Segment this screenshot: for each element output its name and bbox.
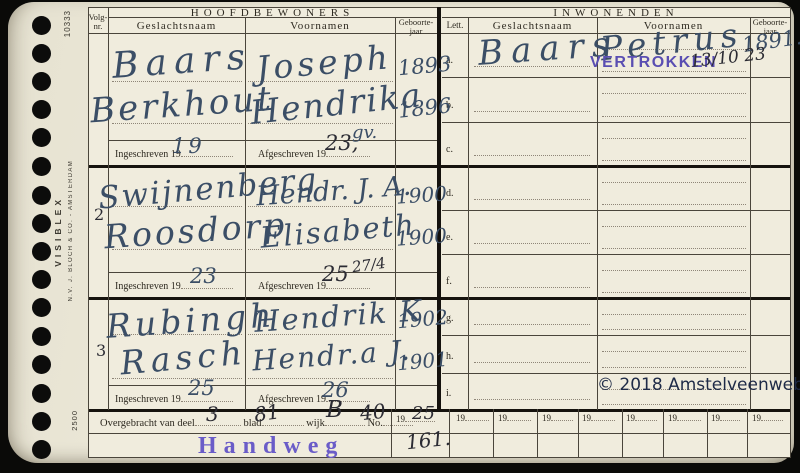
geboortejaar-line2: jaar	[410, 26, 423, 36]
row-baseline	[602, 159, 746, 161]
surname-entry: Baars	[111, 39, 253, 85]
birthyear-entry: 1900	[395, 183, 447, 207]
table-bottom-border	[88, 457, 790, 458]
afgeschreven-text: Afgeschreven 19	[258, 281, 326, 292]
binding-hole	[32, 440, 51, 459]
row-separator	[442, 122, 790, 123]
row-baseline	[602, 115, 746, 117]
binding-hole	[32, 100, 51, 119]
left-geboortejaar-header: Geboorte- jaar	[395, 18, 437, 37]
year-cell-label: 19	[456, 413, 465, 423]
row-baseline	[602, 366, 746, 368]
ingeschreven-year: 25	[188, 378, 215, 399]
row-letter-c: c.	[446, 144, 453, 155]
afgeschreven-year: 23,	[325, 133, 358, 154]
bottom-cell-line	[493, 409, 494, 457]
binding-hole	[32, 214, 51, 233]
hoofdbewoners-title: HOOFDBEWONERS	[108, 7, 437, 19]
brand-name: VISIBLEX	[53, 196, 63, 267]
dotted-tail	[551, 419, 573, 421]
dotted-tail	[677, 419, 701, 421]
year-cell: 19	[456, 414, 489, 424]
row-baseline	[602, 269, 746, 271]
dotted-tail	[326, 155, 370, 157]
row-separator	[442, 77, 790, 78]
row-baseline	[602, 328, 746, 330]
blad-value: 81	[253, 401, 281, 424]
right-name-column-line	[597, 17, 598, 410]
ingeschreven-year: 23	[190, 266, 217, 287]
right-year-column-line	[750, 17, 751, 410]
row-separator	[442, 254, 790, 255]
row-baseline	[474, 198, 590, 200]
row-baseline	[474, 286, 590, 288]
name-baseline	[248, 377, 393, 379]
volgnr-header-line2: nr.	[94, 21, 103, 31]
dotted-tail	[591, 419, 615, 421]
binding-hole	[32, 242, 51, 261]
overgebracht-label: Overgebracht van deel	[100, 418, 195, 429]
year-cell: 19	[498, 414, 531, 424]
binding-hole	[32, 16, 51, 35]
row-baseline	[602, 403, 746, 405]
year-cell-label: 19	[582, 413, 591, 423]
birthyear-entry: 1902	[396, 307, 448, 331]
row-baseline	[474, 361, 590, 363]
row-letter-i: i.	[446, 388, 451, 399]
bottom-cell-line	[663, 409, 664, 457]
binding-hole	[32, 355, 51, 374]
year-cell: 19	[668, 414, 701, 424]
plate-bottom-number: 2500	[70, 410, 79, 431]
lett-column-line	[468, 17, 469, 410]
row-baseline	[602, 225, 746, 227]
bottom-cell-line	[747, 409, 748, 457]
birthyear-entry: 1893	[397, 54, 452, 80]
binding-hole	[32, 157, 51, 176]
bottom-cell-line	[622, 409, 623, 457]
afgeschreven-year: 25	[322, 264, 349, 285]
binding-hole	[32, 327, 51, 346]
table-left-border	[88, 7, 89, 458]
row-baseline	[602, 313, 746, 315]
wijk-label: wijk	[306, 418, 325, 429]
birthyear-entry: 1900	[395, 225, 447, 249]
dotted-tail	[635, 419, 657, 421]
inschrijf-row-line-3	[108, 385, 437, 386]
year-cell-label: 19	[542, 413, 551, 423]
binding-hole	[32, 270, 51, 289]
register-card-scan: 10333 VISIBLEX N.V. J. BLOCH & CO. - AMS…	[0, 0, 800, 473]
year-cell: 19	[711, 414, 740, 424]
year-cell: 19	[626, 414, 657, 424]
afgeschreven-label-2: Afgeschreven 19	[258, 281, 370, 292]
ingeschreven-text: Ingeschreven 19	[115, 394, 181, 405]
year-cell-label: 19	[626, 413, 635, 423]
row-baseline	[602, 291, 746, 293]
year-cell: 19	[582, 414, 615, 424]
binding-hole	[32, 298, 51, 317]
inschrijf-row-line-1	[108, 140, 437, 141]
binding-hole	[32, 128, 51, 147]
binding-hole	[32, 412, 51, 431]
row-separator	[442, 335, 790, 336]
bottom-cell-line	[391, 409, 392, 457]
birthyear-entry: 1896	[397, 95, 452, 121]
inschrijf-row-line-2	[108, 272, 437, 273]
row-letter-f: f.	[446, 276, 452, 287]
ingeschreven-year: 19	[172, 136, 205, 157]
binding-hole	[32, 384, 51, 403]
left-voornamen-header: Voornamen	[245, 20, 395, 32]
row-baseline	[474, 323, 590, 325]
row-baseline	[474, 242, 590, 244]
binding-hole	[32, 44, 51, 63]
no-value: 40	[359, 401, 386, 424]
row-baseline	[474, 110, 590, 112]
row-separator	[442, 373, 790, 374]
plate-top-number: 10333	[63, 10, 72, 37]
left-geslachtsnaam-header: Geslachtsnaam	[108, 20, 245, 32]
year-cell-label: 19	[668, 413, 677, 423]
transfer-year-value: 25	[412, 405, 435, 423]
bottom-cell-line	[537, 409, 538, 457]
dotted-tail	[465, 419, 489, 421]
dotted-tail	[326, 287, 370, 289]
bottom-cell-line	[578, 409, 579, 457]
surname-entry: Rasch	[119, 336, 248, 380]
house-number: 161.	[405, 428, 451, 453]
year-prefix: 19	[396, 414, 405, 424]
row-baseline	[474, 154, 590, 156]
year-cell: 19	[752, 414, 783, 424]
deel-value: 3	[206, 404, 219, 424]
row-baseline	[602, 247, 746, 249]
row-baseline	[474, 398, 590, 400]
bottom-cell-line	[707, 409, 708, 457]
dotted-tail	[720, 419, 740, 421]
dotted-tail	[325, 424, 365, 426]
row-baseline	[602, 181, 746, 183]
copyright-watermark: © 2018 Amstelveenweb.com	[597, 375, 800, 395]
row-baseline	[602, 350, 746, 352]
row-separator	[442, 210, 790, 211]
year-cell-label: 19	[752, 413, 761, 423]
afgeschreven-date: 27/4	[351, 256, 386, 276]
dotted-tail	[761, 419, 783, 421]
wijk-value: B	[326, 399, 343, 422]
year-cell-label: 19	[711, 413, 720, 423]
birthyear-entry: 1901	[396, 349, 448, 373]
street-stamp: Handweg	[198, 434, 344, 458]
row-baseline	[602, 203, 746, 205]
volgnr-entry: 3	[96, 343, 106, 359]
year-cell: 19	[542, 414, 573, 424]
brand-company: N.V. J. BLOCH & CO. - AMSTERDAM	[68, 160, 74, 301]
volgnr-header: Volg- nr.	[88, 13, 108, 32]
ingeschreven-text: Ingeschreven 19	[115, 149, 181, 160]
lett-header: Lett.	[442, 21, 468, 31]
year-cell-label: 19	[498, 413, 507, 423]
binding-hole	[32, 72, 51, 91]
row-baseline	[602, 137, 746, 139]
binding-hole	[32, 186, 51, 205]
row-baseline	[602, 92, 746, 94]
dotted-tail	[507, 419, 531, 421]
ingeschreven-text: Ingeschreven 19	[115, 281, 181, 292]
afgeschreven-text: Afgeschreven 19	[258, 149, 326, 160]
